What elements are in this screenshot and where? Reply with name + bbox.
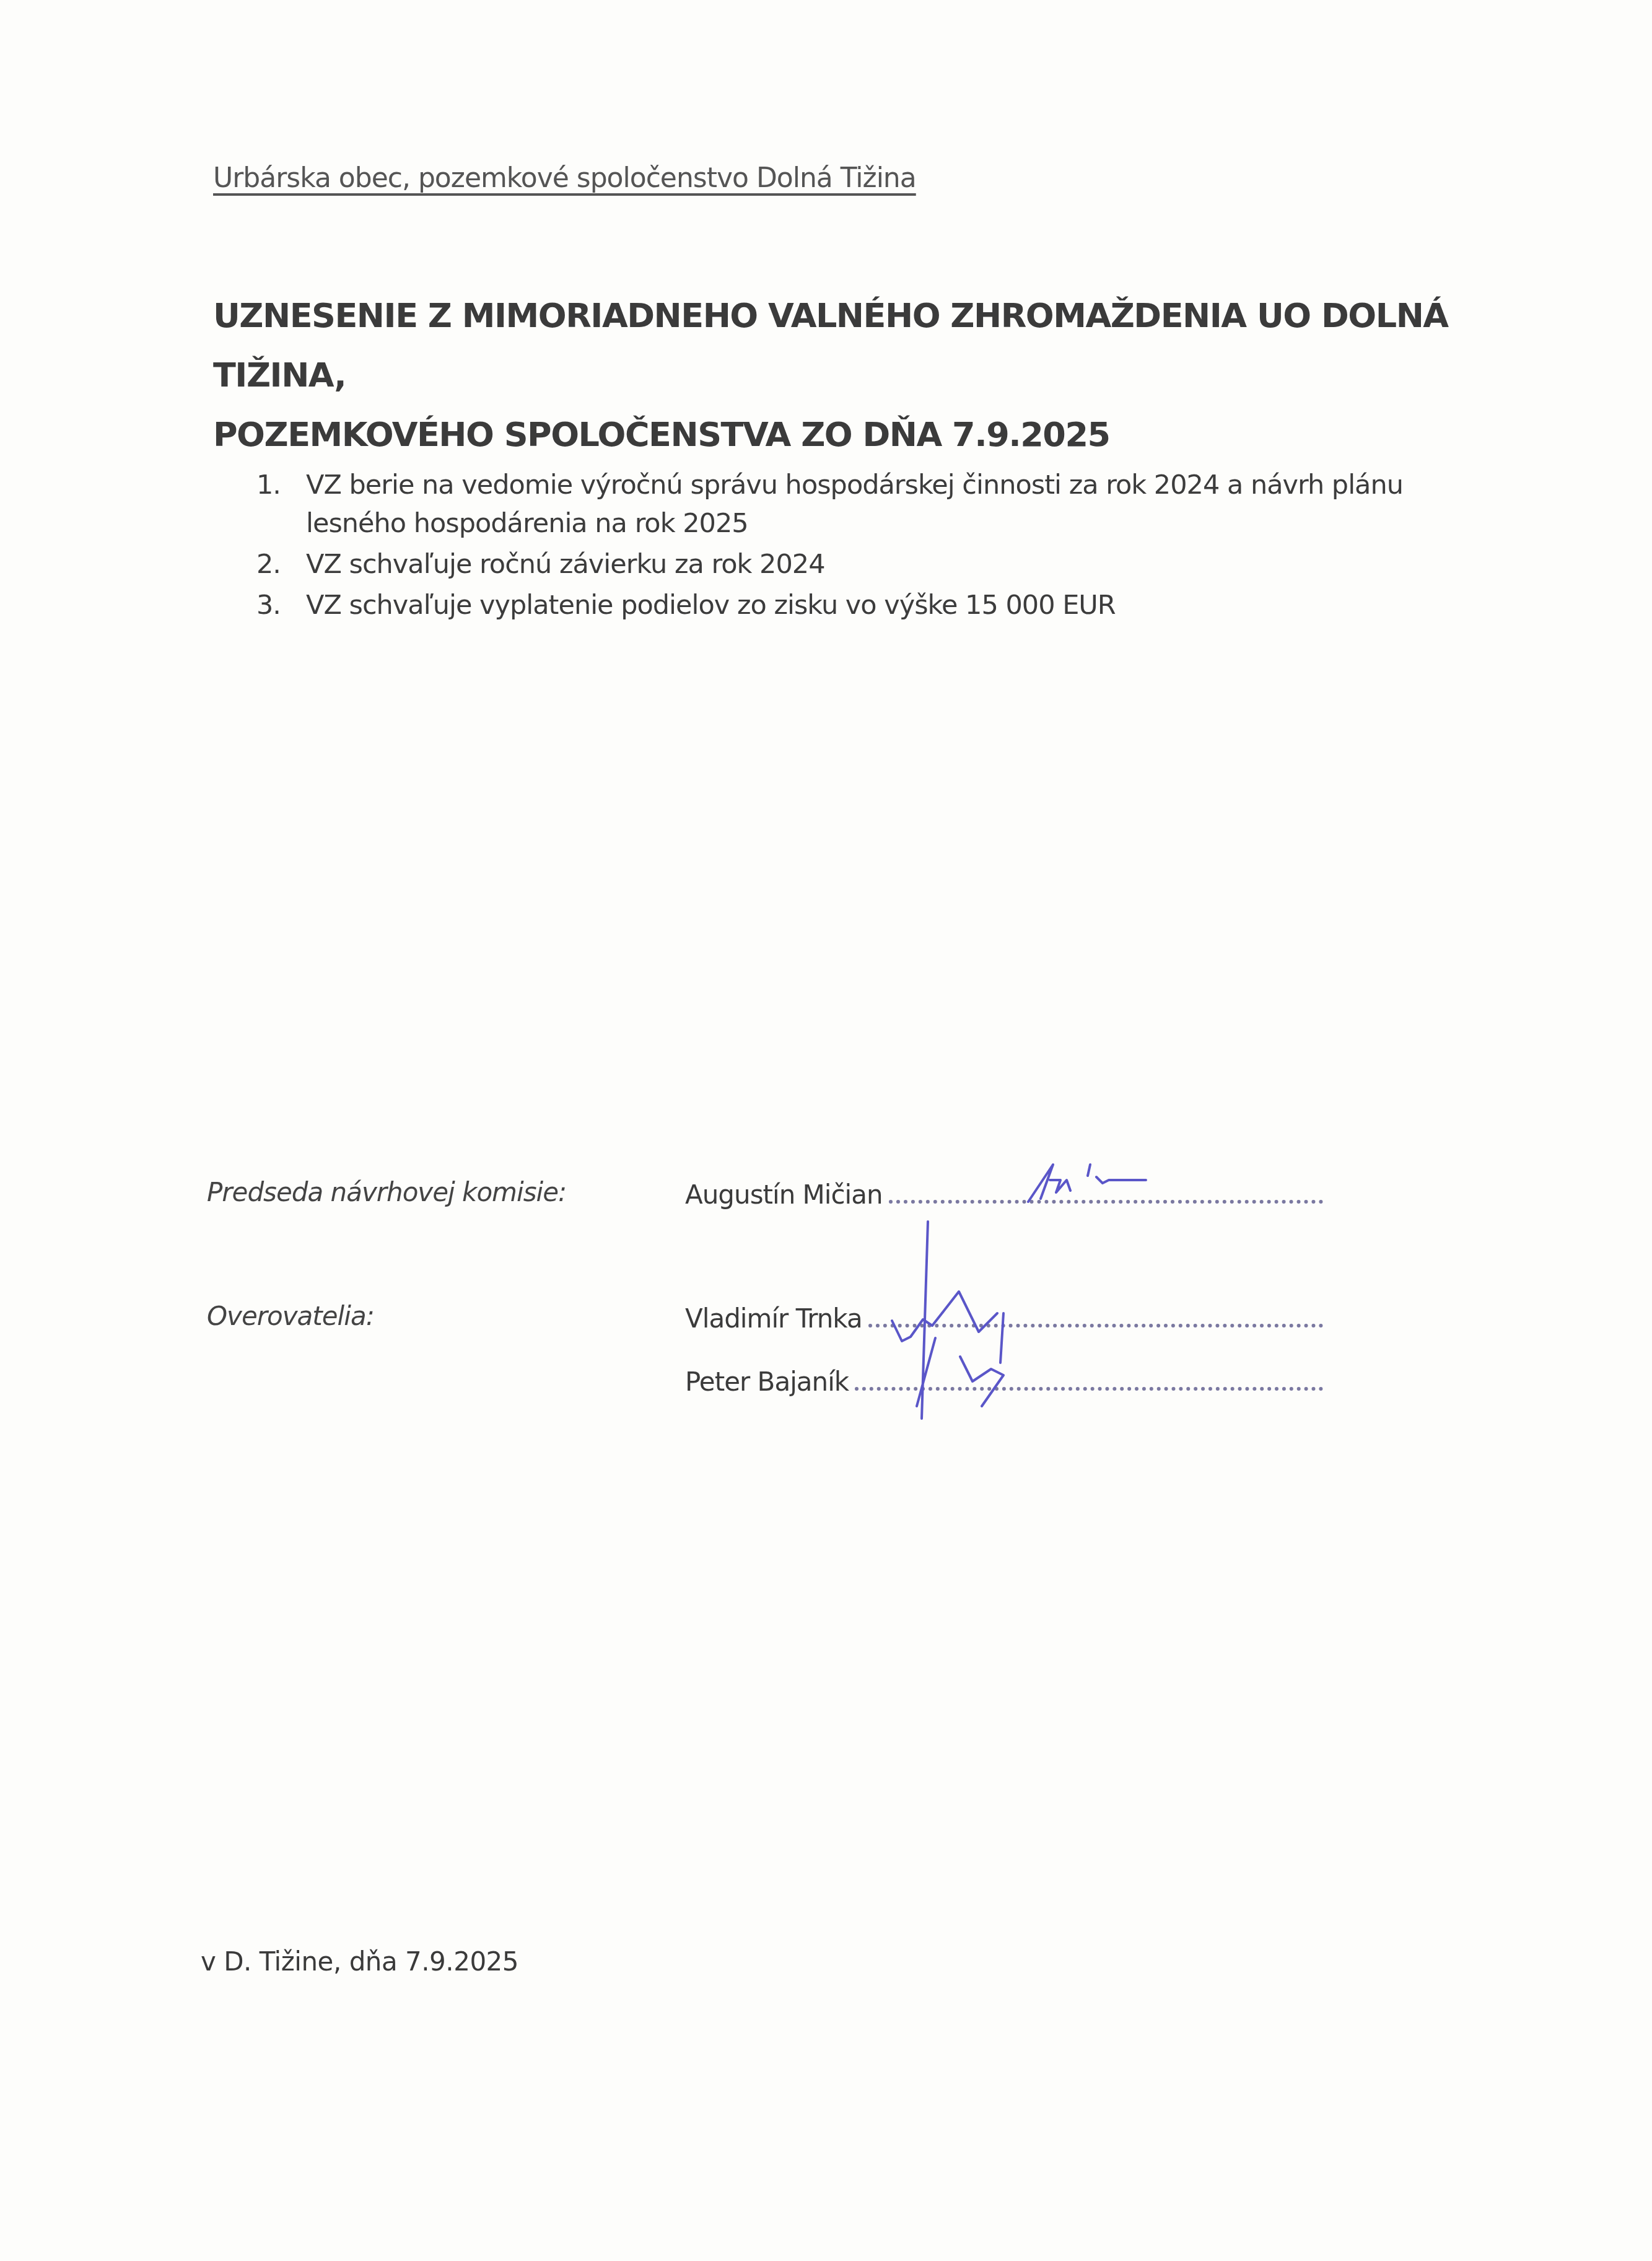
title-line-1: UZNESENIE Z MIMORIADNEHO VALNÉHO ZHROMAŽ… [213, 286, 1514, 405]
item-number: 3. [256, 586, 306, 624]
signature-dots [889, 1200, 1323, 1204]
organization-name: Urbárska obec, pozemkové spoločenstvo Do… [213, 162, 916, 194]
verifier1-name: Vladimír Trnka [685, 1303, 862, 1334]
verifier2-signature-line: Peter Bajaník [685, 1367, 1323, 1397]
resolution-list: 1. VZ berie na vedomie výročnú správu ho… [256, 466, 1471, 627]
verifiers-label: Overovatelia: [207, 1301, 374, 1331]
verifier2-name: Peter Bajaník [685, 1367, 849, 1397]
item-number: 1. [256, 466, 306, 543]
item-text: VZ berie na vedomie výročnú správu hospo… [306, 466, 1403, 504]
title-line-2: POZEMKOVÉHO SPOLOČENSTVA ZO DŇA 7.9.2025 [213, 405, 1514, 465]
resolution-item: 1. VZ berie na vedomie výročnú správu ho… [256, 466, 1471, 543]
chair-label: Predseda návrhovej komisie: [207, 1177, 566, 1207]
resolution-item: 2. VZ schvaľuje ročnú závierku za rok 20… [256, 545, 1471, 584]
document-title: UZNESENIE Z MIMORIADNEHO VALNÉHO ZHROMAŽ… [213, 286, 1514, 465]
signature-dots [868, 1324, 1323, 1327]
place-and-date: v D. Tižine, dňa 7.9.2025 [201, 1946, 518, 1977]
item-text: VZ schvaľuje ročnú závierku za rok 2024 [306, 545, 825, 584]
item-text: VZ schvaľuje vyplatenie podielov zo zisk… [306, 586, 1116, 624]
verifier1-signature-line: Vladimír Trnka [685, 1303, 1323, 1334]
chair-name: Augustín Mičian [685, 1179, 883, 1210]
signature-dots [855, 1387, 1323, 1391]
item-text-cont: lesného hospodárenia na rok 2025 [306, 504, 1403, 543]
chair-signature-line: Augustín Mičian [685, 1179, 1323, 1210]
resolution-item: 3. VZ schvaľuje vyplatenie podielov zo z… [256, 586, 1471, 624]
item-number: 2. [256, 545, 306, 584]
